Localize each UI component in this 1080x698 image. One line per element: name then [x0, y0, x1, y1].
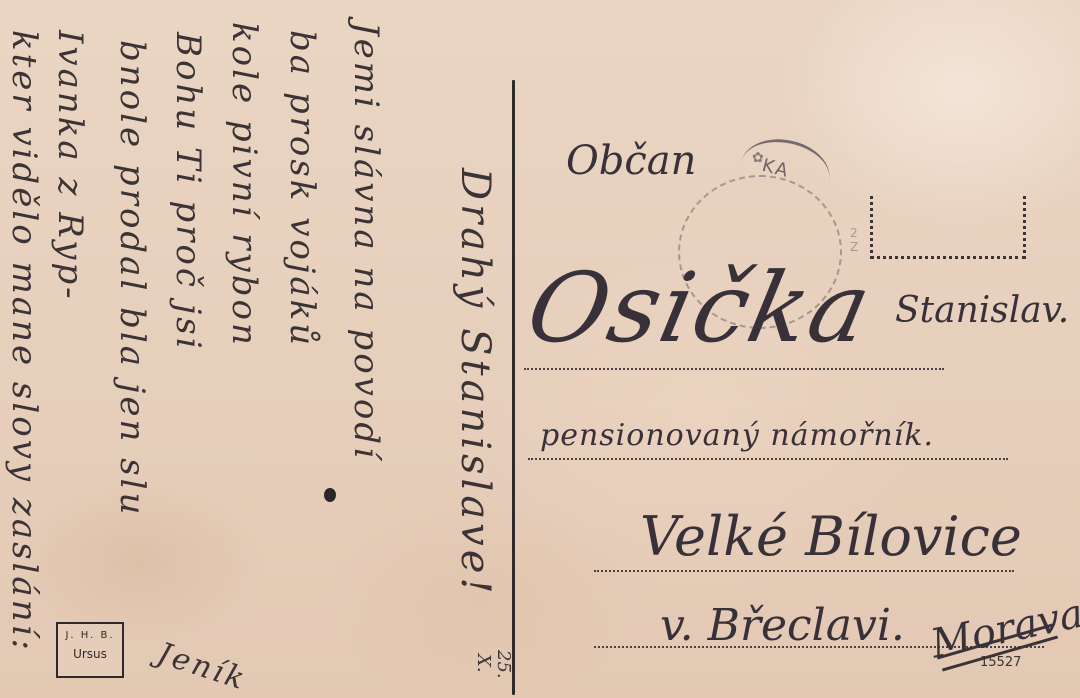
publisher-initials: J. H. B. — [58, 630, 122, 641]
postcard-back: kter vidělo mane slovy zaslání: Ivanka z… — [0, 0, 1080, 698]
address-district: v. Břeclavi. — [660, 600, 905, 651]
message-date-month: X. — [473, 654, 494, 673]
serial-number: 15527 — [980, 655, 1021, 670]
message-line: Bohu Ti proč jsi — [168, 32, 208, 352]
message-area: kter vidělo mane slovy zaslání: Ivanka z… — [0, 0, 512, 698]
publisher-mark: J. H. B. Ursus — [56, 622, 124, 678]
address-dotted-line-1 — [524, 368, 944, 370]
message-line: ba prosk vojáků — [282, 30, 322, 348]
message-line: bnole prodal bla jen slu — [112, 40, 152, 517]
address-occupation: pensionovaný námořník. — [540, 418, 934, 453]
address-surname: Osička — [518, 252, 882, 364]
divider-line — [512, 80, 515, 695]
address-given-name: Stanislav. — [895, 290, 1069, 331]
message-line: Jemi slávna na povodí — [346, 22, 386, 461]
stamp-box — [870, 196, 1026, 259]
message-line: Ivanka z Ryp- — [50, 30, 90, 302]
message-closing: Jeník — [153, 636, 251, 698]
address-town: Velké Bílovice — [640, 505, 1022, 568]
message-date-day: 25. — [493, 650, 512, 679]
publisher-name: Ursus — [58, 647, 122, 661]
address-dotted-line-3 — [594, 570, 1014, 572]
ink-blot — [324, 488, 336, 502]
address-dotted-line-2 — [528, 458, 1008, 460]
message-line: kole pivní rybon — [224, 22, 264, 348]
message-line: kter vidělo mane slovy zaslání: — [4, 30, 44, 653]
postmark-side-marks: 2Z — [850, 226, 858, 254]
address-salutation: Občan — [566, 138, 696, 184]
message-greeting: Drahý Stanislave! — [452, 168, 498, 598]
